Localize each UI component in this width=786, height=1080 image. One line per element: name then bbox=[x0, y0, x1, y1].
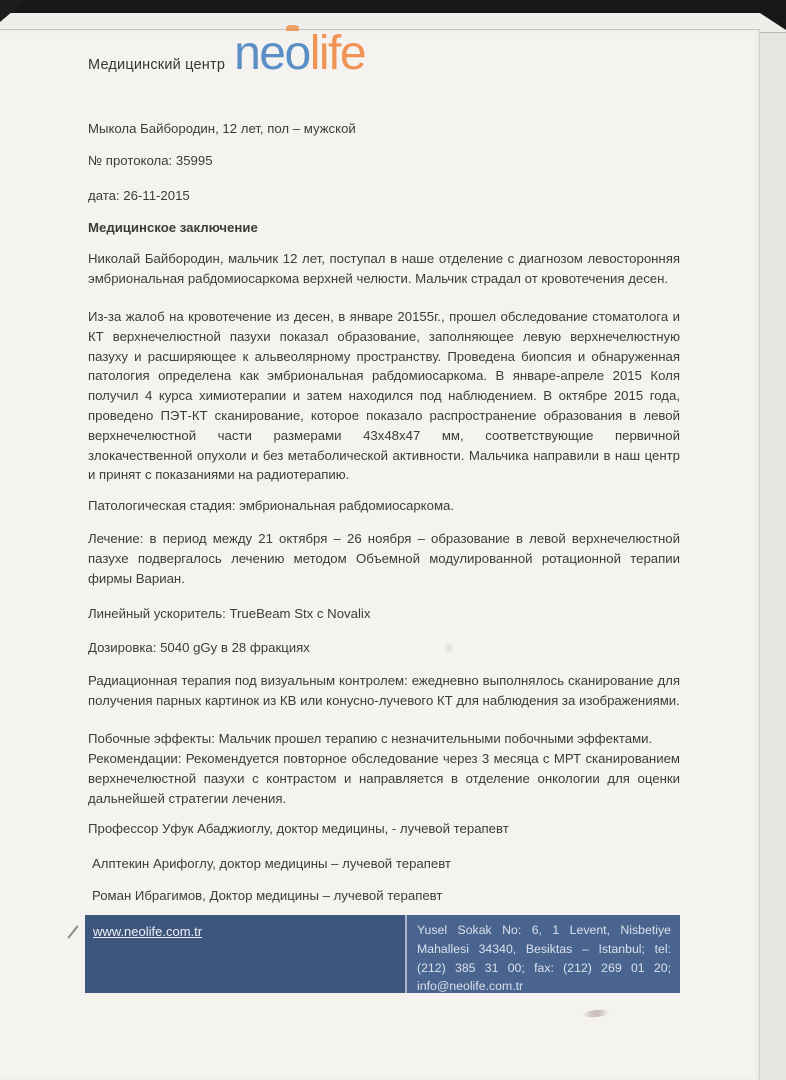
footer-bar: www.neolife.com.tr Yusel Sokak No: 6, 1 … bbox=[85, 915, 680, 993]
signature-doctor-3: Роман Ибрагимов, Доктор медицины – лучев… bbox=[92, 886, 684, 906]
paragraph-diagnosis: Николай Байбородин, мальчик 12 лет, пост… bbox=[88, 249, 680, 289]
footer-contact-cell: Yusel Sokak No: 6, 1 Levent, Nisbetiye M… bbox=[407, 915, 680, 993]
signature-doctor-1: Профессор Уфук Абаджиоглу, доктор медици… bbox=[88, 819, 680, 839]
paragraph-accelerator: Линейный ускоритель: TrueBeam Stx с Nova… bbox=[88, 604, 680, 624]
logo-neo: neo bbox=[234, 27, 310, 80]
paragraph-recommendations: Рекомендации: Рекомендуется повторное об… bbox=[88, 749, 680, 808]
paragraph-stage: Патологическая стадия: эмбриональная раб… bbox=[88, 496, 680, 516]
org-label: Медицинский центр bbox=[88, 57, 225, 73]
footer-website-cell: www.neolife.com.tr bbox=[85, 915, 407, 993]
logo-life: life bbox=[310, 27, 365, 80]
signature-doctor-2: Алптекин Арифоглу, доктор медицины – луч… bbox=[92, 854, 684, 874]
website-link: www.neolife.com.tr bbox=[93, 924, 202, 939]
scanner-dark-band bbox=[0, 0, 786, 13]
scanned-document: Медицинский центр neolife Мыкола Байборо… bbox=[0, 0, 786, 1080]
paragraph-side-effects: Побочные эффекты: Мальчик прошел терапию… bbox=[88, 729, 680, 749]
patient-name-line: Мыкола Байбородин, 12 лет, пол – мужской bbox=[88, 119, 680, 139]
paragraph-history: Из-за жалоб на кровотечение из десен, в … bbox=[88, 307, 680, 485]
letterhead: Медицинский центр neolife bbox=[88, 30, 365, 78]
neolife-logo: neolife bbox=[234, 30, 365, 78]
protocol-number-line: № протокола: 35995 bbox=[88, 151, 680, 171]
report-heading: Медицинское заключение bbox=[88, 218, 680, 238]
paragraph-treatment: Лечение: в период между 21 октября – 26 … bbox=[88, 529, 680, 588]
paragraph-igrt: Радиационная терапия под визуальным конт… bbox=[88, 671, 680, 711]
date-line: дата: 26-11-2015 bbox=[88, 186, 680, 206]
paragraph-dose: Дозировка: 5040 gGy в 28 фракциях bbox=[88, 638, 680, 658]
